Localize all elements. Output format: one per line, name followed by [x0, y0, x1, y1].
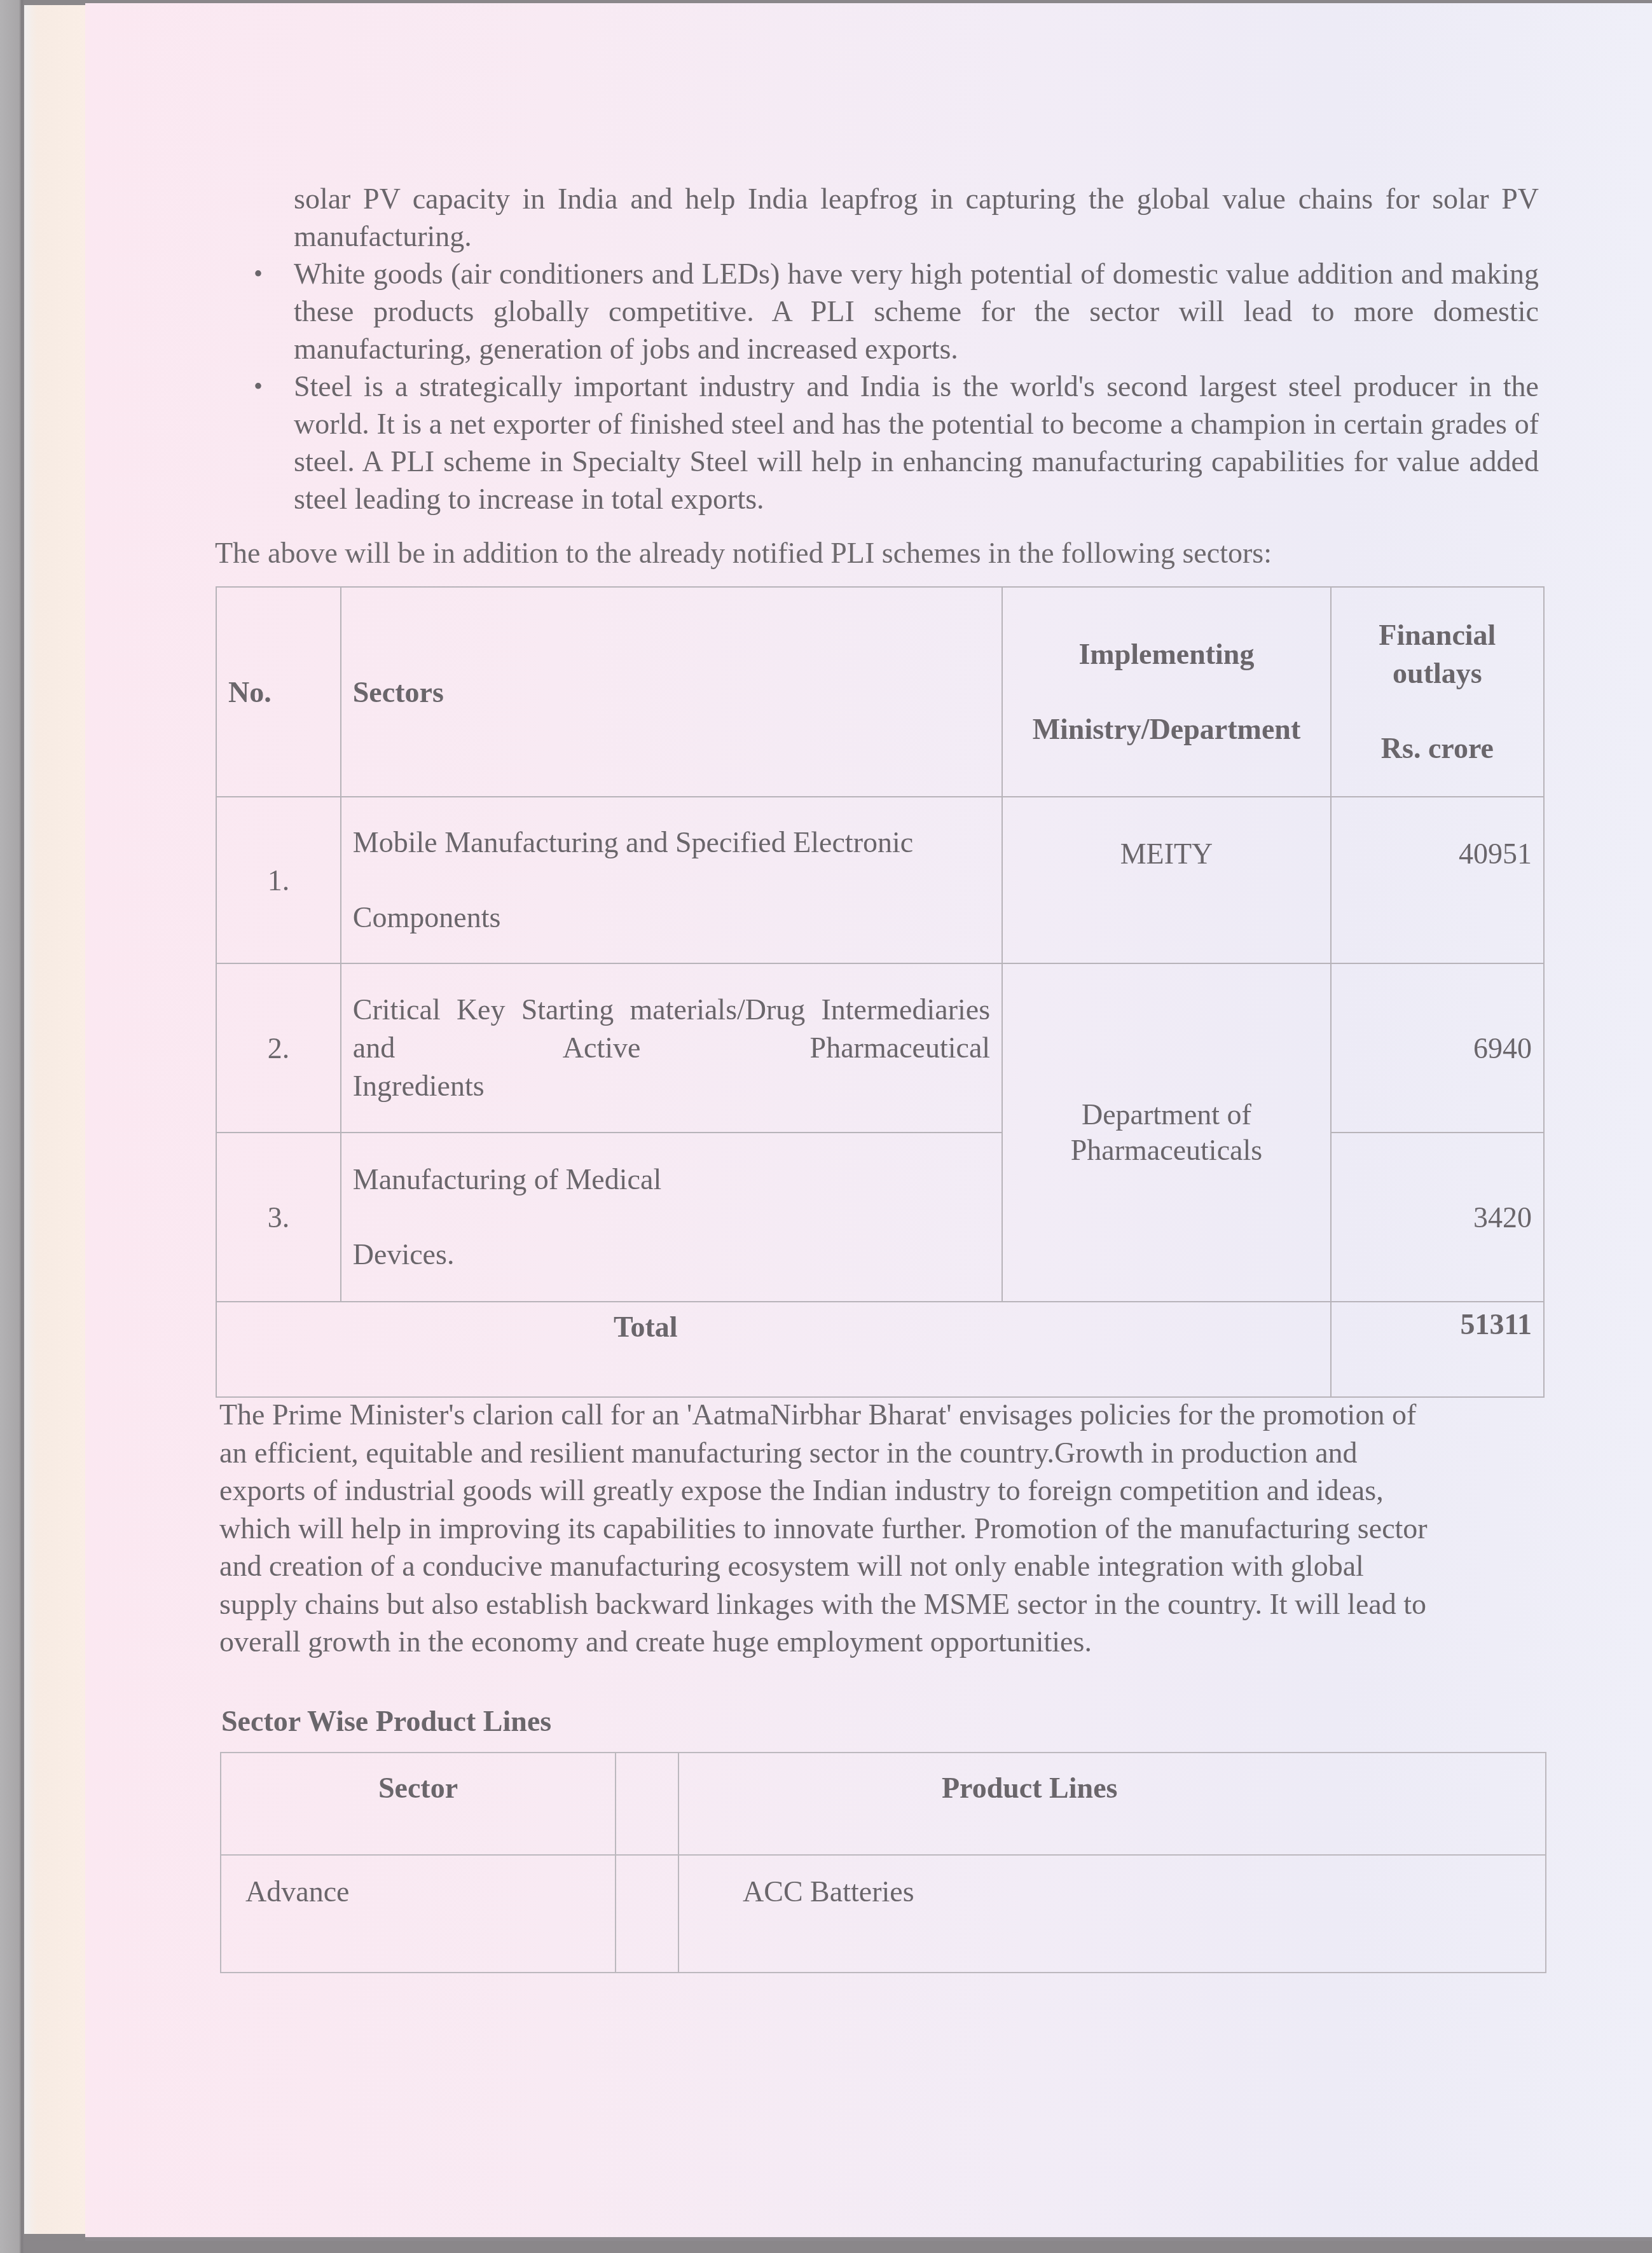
bullet-item-steel: • Steel is a strategically important ind…	[207, 368, 1539, 518]
aatmanirbhar-paragraph: The Prime Minister's clarion call for an…	[219, 1396, 1539, 1661]
header-ministry-line2: Ministry/Department	[1014, 692, 1319, 767]
total-label: Total	[216, 1302, 1331, 1397]
sector-line: Ingredients	[353, 1067, 990, 1105]
paragraph-line: an efficient, equitable and resilient ma…	[219, 1434, 1539, 1472]
row-product-lines: ACC Batteries	[678, 1855, 1546, 1973]
row-number: 1.	[216, 797, 341, 963]
header-ministry-line1: Implementing	[1014, 617, 1319, 692]
bullet-icon: •	[254, 368, 263, 405]
table-row: 1. Mobile Manufacturing and Specified El…	[216, 797, 1544, 963]
paragraph-line: overall growth in the economy and create…	[219, 1623, 1539, 1661]
header-outlay-line1: Financial	[1343, 616, 1532, 654]
table-intro-text: The above will be in addition to the alr…	[215, 534, 1272, 572]
sector-text: Critical Key Starting materials/Drug Int…	[353, 991, 990, 1067]
row-number: 2.	[216, 963, 341, 1133]
row-outlay: 40951	[1331, 797, 1544, 963]
bullet-icon: •	[254, 255, 263, 293]
header-financial-outlays: Financial outlays Rs. crore	[1331, 587, 1544, 797]
header-outlay-line3: Rs. crore	[1343, 729, 1532, 768]
header-sector: Sector	[221, 1753, 616, 1855]
row-sector: Manufacturing of Medical Devices.	[341, 1133, 1002, 1302]
table-row: 2. Critical Key Starting materials/Drug …	[216, 963, 1544, 1133]
pli-schemes-table: No. Sectors Implementing Ministry/Depart…	[216, 586, 1545, 1398]
empty-cell	[616, 1855, 678, 1973]
section-title: Sector Wise Product Lines	[221, 1704, 551, 1738]
sector-line: Mobile Manufacturing and Specified Elect…	[353, 805, 990, 880]
paragraph-line: exports of industrial goods will greatly…	[219, 1471, 1539, 1510]
bullet-continued-text: solar PV capacity in India and help Indi…	[294, 180, 1539, 255]
table-total-row: Total 51311	[216, 1302, 1544, 1397]
table-row: Advance ACC Batteries	[221, 1855, 1546, 1973]
sector-line: Manufacturing of Medical	[353, 1142, 990, 1217]
header-product-lines: Product Lines	[678, 1753, 1546, 1855]
paragraph-line: The Prime Minister's clarion call for an…	[219, 1396, 1539, 1434]
row-ministry: MEITY	[1002, 797, 1331, 963]
header-no: No.	[216, 587, 341, 797]
row-number: 3.	[216, 1133, 341, 1302]
header-sectors: Sectors	[341, 587, 1002, 797]
row-sector: Critical Key Starting materials/Drug Int…	[341, 963, 1002, 1133]
paragraph-line: and creation of a conducive manufacturin…	[219, 1547, 1539, 1585]
bullet-text: White goods (air conditioners and LEDs) …	[294, 255, 1539, 368]
row-outlay: 6940	[1331, 963, 1544, 1133]
row-sector: Advance	[221, 1855, 616, 1973]
row-ministry-merged: Department of Pharmaceuticals	[1002, 963, 1331, 1302]
empty-header-cell	[616, 1753, 678, 1855]
sector-line: Components	[353, 880, 990, 955]
table-row: 3. Manufacturing of Medical Devices. 342…	[216, 1133, 1544, 1302]
header-outlay-line2: outlays	[1343, 654, 1532, 692]
bullet-list: solar PV capacity in India and help Indi…	[207, 180, 1539, 518]
paragraph-line: which will help in improving its capabil…	[219, 1510, 1539, 1548]
table-header-row: No. Sectors Implementing Ministry/Depart…	[216, 587, 1544, 797]
row-outlay: 3420	[1331, 1133, 1544, 1302]
sector-line: Critical Key Starting materials/Drug Int…	[353, 993, 990, 1064]
bullet-item-white-goods: • White goods (air conditioners and LEDs…	[207, 255, 1539, 368]
sector-line: Devices.	[353, 1217, 990, 1292]
bullet-text: Steel is a strategically important indus…	[294, 368, 1539, 518]
row-sector: Mobile Manufacturing and Specified Elect…	[341, 797, 1002, 963]
header-ministry: Implementing Ministry/Department	[1002, 587, 1331, 797]
paragraph-line: supply chains but also establish backwar…	[219, 1585, 1539, 1623]
product-lines-table: Sector Product Lines Advance ACC Batteri…	[220, 1752, 1546, 1973]
total-value: 51311	[1331, 1302, 1544, 1397]
product-table-header-row: Sector Product Lines	[221, 1753, 1546, 1855]
